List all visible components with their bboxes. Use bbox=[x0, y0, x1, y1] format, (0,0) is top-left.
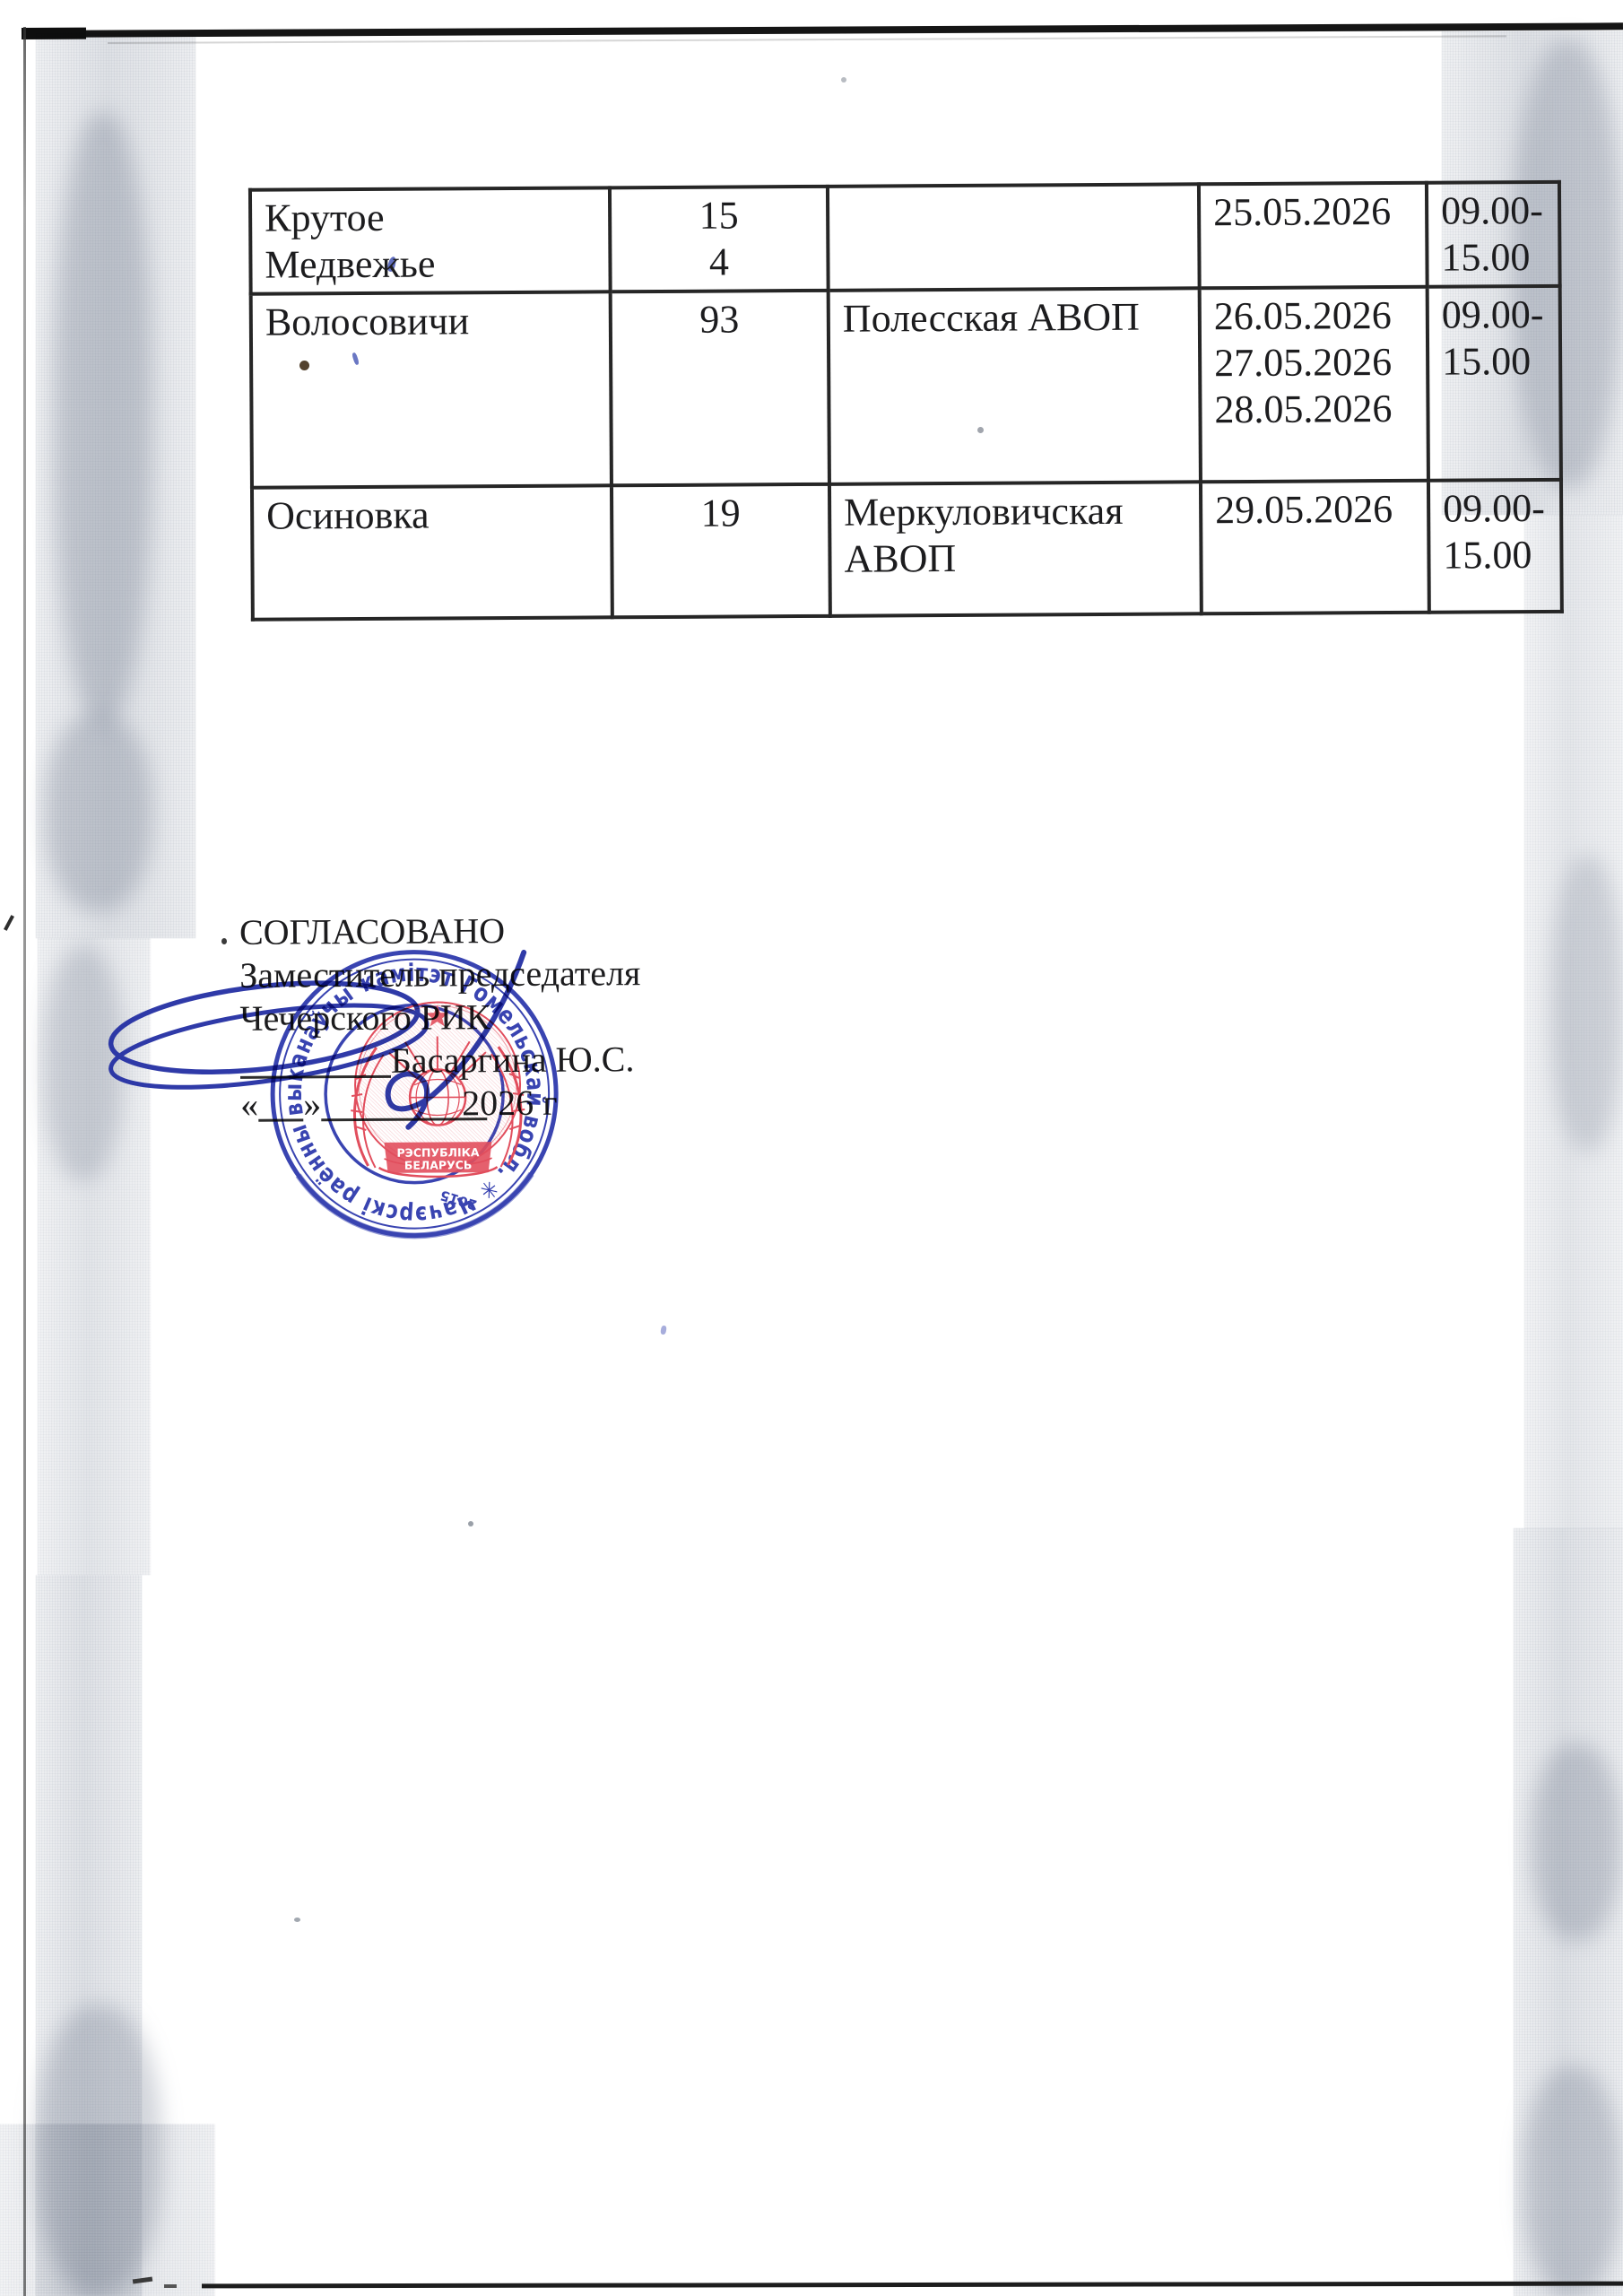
cell-households: 93 bbox=[611, 291, 829, 485]
document-content: Крутое Медвежье 15 4 25.05.2026 09.00- 1… bbox=[0, 0, 1623, 2296]
signature-ink bbox=[66, 926, 570, 1170]
cell-facility: Меркуловичская АВОП bbox=[829, 482, 1202, 616]
schedule-table: Крутое Медвежье 15 4 25.05.2026 09.00- 1… bbox=[248, 180, 1564, 622]
cell-settlement: Волосовичи bbox=[251, 291, 612, 487]
cell-time: 09.00- 15.00 bbox=[1428, 286, 1561, 481]
cell-households: 15 4 bbox=[610, 187, 829, 291]
cell-facility bbox=[828, 184, 1200, 291]
cell-time: 09.00- 15.00 bbox=[1427, 182, 1560, 287]
table-row: Осиновка 19 Меркуловичская АВОП 29.05.20… bbox=[252, 480, 1562, 620]
cell-facility: Полесская АВОП bbox=[829, 288, 1201, 484]
cell-dates: 25.05.2026 bbox=[1199, 183, 1428, 289]
cell-settlement: Крутое Медвежье bbox=[250, 187, 611, 293]
cell-settlement: Осиновка bbox=[252, 485, 612, 619]
cell-time: 09.00- 15.00 bbox=[1428, 480, 1562, 613]
cell-dates: 26.05.2026 27.05.2026 28.05.2026 bbox=[1200, 287, 1428, 483]
scanned-document-page: Крутое Медвежье 15 4 25.05.2026 09.00- 1… bbox=[0, 0, 1623, 2296]
table-row: Крутое Медвежье 15 4 25.05.2026 09.00- 1… bbox=[250, 182, 1560, 294]
table-row: Волосовичи 93 Полесская АВОП 26.05.2026 … bbox=[251, 286, 1561, 488]
cell-households: 19 bbox=[612, 484, 830, 617]
cell-dates: 29.05.2026 bbox=[1201, 481, 1429, 614]
